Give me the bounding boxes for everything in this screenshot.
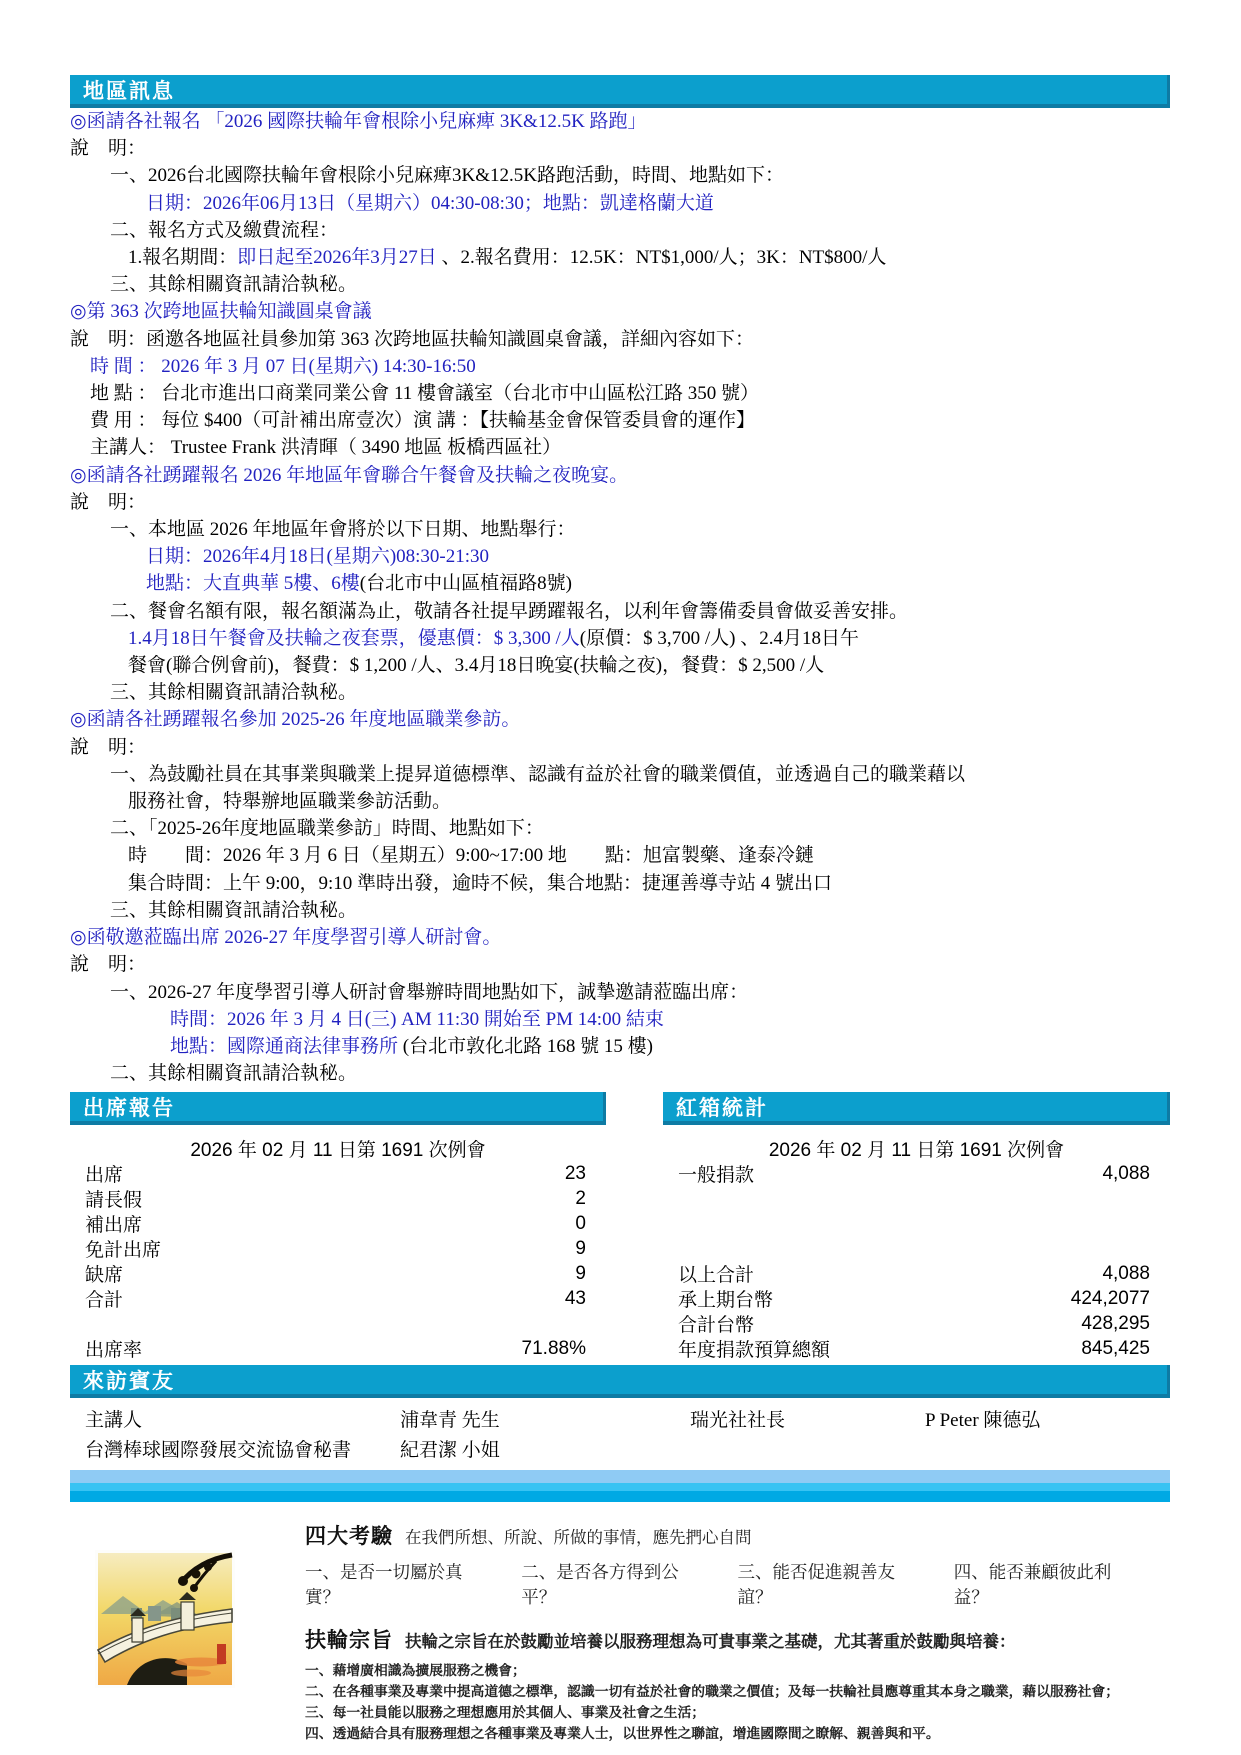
rotary-purpose-heading: 扶輪宗旨 扶輪之宗旨在於鼓勵並培養以服務理想為可貴事業之基礎，尤其著重於鼓勵與培… bbox=[305, 1624, 1170, 1654]
red-box-label: 以上合計 bbox=[678, 1260, 754, 1287]
news-line: 地點：大直典華 5樓、6樓(台北市中山區植福路8號) bbox=[70, 570, 1170, 597]
news-line: 說 明： bbox=[70, 135, 1170, 162]
bridge-painting-image bbox=[95, 1550, 235, 1688]
attendance-row: 免計出席9 bbox=[70, 1236, 606, 1261]
red-box-value: 424,2077 bbox=[1071, 1288, 1150, 1310]
news-line: 一、2026-27 年度學習引導人研討會舉辦時間地點如下，誠摯邀請蒞臨出席： bbox=[70, 979, 1170, 1006]
news-text-segment: 二、餐會名額有限，報名額滿為止，敬請各社提早踴躍報名，以利年會籌備委員會做妥善安… bbox=[110, 601, 908, 622]
news-line: 三、其餘相關資訊請洽執秘。 bbox=[70, 679, 1170, 706]
news-line: 二、「2025-26年度地區職業參訪」時間、地點如下： bbox=[70, 815, 1170, 842]
news-line: 說 明： bbox=[70, 489, 1170, 516]
attendance-row bbox=[70, 1311, 606, 1336]
news-text-segment: 一、本地區 2026 年地區年會將於以下日期、地點舉行： bbox=[110, 519, 576, 540]
news-text-segment: 日期：2026年4月18日(星期六)08:30-21:30 bbox=[146, 546, 489, 567]
attendance-label: 請長假 bbox=[85, 1185, 142, 1212]
guests-header-bar: 來訪賓友 bbox=[70, 1365, 1170, 1398]
news-text-segment: ◎函請各社踴躍報名 2026 年地區年會聯合午餐會及扶輪之夜晚宴。 bbox=[70, 465, 628, 486]
guest-row: 主講人浦韋青 先生瑞光社社長P Peter 陳德弘 bbox=[70, 1403, 1170, 1433]
news-text-segment: 說 明： bbox=[70, 138, 146, 159]
news-line: 三、其餘相關資訊請洽執秘。 bbox=[70, 271, 1170, 298]
district-news-header-bar: 地區訊息 bbox=[70, 75, 1170, 108]
news-text-segment: 三、其餘相關資訊請洽執秘。 bbox=[110, 274, 357, 295]
rotary-purpose-item: 四、透過結合具有服務理想之各種事業及專業人士，以世界性之聯誼，增進國際間之瞭解、… bbox=[305, 1723, 1170, 1744]
news-text-segment: 地點：國際通商法律事務所 bbox=[170, 1036, 403, 1057]
attendance-label: 出席率 bbox=[85, 1335, 142, 1362]
attendance-value: 0 bbox=[575, 1213, 586, 1235]
guest-cell: 紀君潔 小姐 bbox=[400, 1435, 690, 1462]
news-text-segment: (原價：$ 3,700 /人) 、2.4月18日午 bbox=[580, 628, 859, 649]
four-way-test-item: 二、是否各方得到公平？ bbox=[521, 1559, 695, 1609]
four-way-test-intro: 在我們所想、所說、所做的事情，應先捫心自問 bbox=[405, 1524, 752, 1548]
attendance-value: 43 bbox=[565, 1288, 586, 1310]
four-way-test-title: 四大考驗 bbox=[305, 1520, 393, 1550]
footer-text: 四大考驗 在我們所想、所說、所做的事情，應先捫心自問 一、是否一切屬於真實？二、… bbox=[305, 1520, 1170, 1744]
news-text-segment: 三、其餘相關資訊請洽執秘。 bbox=[110, 900, 357, 921]
four-way-test-item: 一、是否一切屬於真實？ bbox=[305, 1559, 479, 1609]
stats-columns: 出席報告 2026 年 02 月 11 日第 1691 次例會 出席23請長假2… bbox=[70, 1092, 1170, 1361]
news-text-segment: 二、「2025-26年度地區職業參訪」時間、地點如下： bbox=[110, 818, 544, 839]
news-line: ◎函請各社踴躍報名參加 2025-26 年度地區職業參訪。 bbox=[70, 706, 1170, 733]
attendance-label: 補出席 bbox=[85, 1210, 142, 1237]
red-box-row: 一般捐款4,088 bbox=[663, 1161, 1170, 1186]
news-text-segment: 地 點 ： 台北市進出口商業同業公會 11 樓會議室（台北市中山區松江路 350… bbox=[90, 383, 759, 404]
news-line: 二、報名方式及繳費流程： bbox=[70, 217, 1170, 244]
news-text-segment: 費 用 ： 每位 $400（可計補出席壹次）演 講 ：【扶輪基金會保管委員會的運… bbox=[90, 410, 755, 431]
news-line: 地點：國際通商法律事務所 (台北市敦化北路 168 號 15 樓) bbox=[70, 1033, 1170, 1060]
news-line: 時 間：2026 年 3 月 6 日（星期五）9:00~17:00 地 點：旭富… bbox=[70, 842, 1170, 869]
news-text-segment: 時 間：2026 年 3 月 6 日（星期五）9:00~17:00 地 點：旭富… bbox=[128, 845, 814, 866]
red-box-row bbox=[663, 1186, 1170, 1211]
four-way-test-item: 四、能否兼顧彼此利益？ bbox=[954, 1559, 1128, 1609]
attendance-value: 2 bbox=[575, 1188, 586, 1210]
news-line: 1.4月18日午餐會及扶輪之夜套票，優惠價：$ 3,300 /人(原價：$ 3,… bbox=[70, 625, 1170, 652]
attendance-value: 9 bbox=[575, 1238, 586, 1260]
red-box-value: 428,295 bbox=[1081, 1313, 1150, 1335]
news-line: 費 用 ： 每位 $400（可計補出席壹次）演 講 ：【扶輪基金會保管委員會的運… bbox=[70, 407, 1170, 434]
red-box-value: 4,088 bbox=[1102, 1163, 1150, 1185]
news-text-segment: 1.報名期間： bbox=[128, 247, 237, 268]
red-box-row: 合計台幣428,295 bbox=[663, 1311, 1170, 1336]
four-way-test-items: 一、是否一切屬於真實？二、是否各方得到公平？三、能否促進親善友誼？四、能否兼顧彼… bbox=[305, 1559, 1170, 1609]
four-way-test-heading: 四大考驗 在我們所想、所說、所做的事情，應先捫心自問 bbox=[305, 1520, 1170, 1550]
news-line: 地 點 ： 台北市進出口商業同業公會 11 樓會議室（台北市中山區松江路 350… bbox=[70, 380, 1170, 407]
news-line: ◎第 363 次跨地區扶輪知識圓桌會議 bbox=[70, 298, 1170, 325]
guest-cell: P Peter 陳德弘 bbox=[925, 1405, 1170, 1432]
guests-table: 主講人浦韋青 先生瑞光社社長P Peter 陳德弘台灣棒球國際發展交流協會秘書紀… bbox=[70, 1403, 1170, 1463]
news-text-segment: 即日起至2026年3月27日 bbox=[237, 247, 437, 268]
guest-cell: 瑞光社社長 bbox=[690, 1405, 925, 1432]
news-line: 一、為鼓勵社員在其事業與職業上提昇道德標準、認識有益於社會的職業價值，並透過自己… bbox=[70, 761, 1170, 788]
news-line: 二、餐會名額有限，報名額滿為止，敬請各社提早踴躍報名，以利年會籌備委員會做妥善安… bbox=[70, 598, 1170, 625]
red-box-header-bar: 紅箱統計 bbox=[663, 1092, 1170, 1125]
rotary-purpose-item: 二、在各種事業及專業中提高道德之標準，認識一切有益於社會的職業之價值；及每一扶輪… bbox=[305, 1681, 1170, 1702]
news-line: 餐會(聯合例會前)，餐費：$ 1,200 /人、3.4月18日晚宴(扶輪之夜)，… bbox=[70, 652, 1170, 679]
news-text-segment: 二、報名方式及繳費流程： bbox=[110, 220, 338, 241]
news-text-segment: 三、其餘相關資訊請洽執秘。 bbox=[110, 682, 357, 703]
attendance-table: 出席23請長假2補出席0免計出席9缺席9合計43出席率71.88% bbox=[70, 1161, 606, 1361]
attendance-section: 出席報告 2026 年 02 月 11 日第 1691 次例會 出席23請長假2… bbox=[70, 1092, 606, 1361]
news-line: 日期：2026年4月18日(星期六)08:30-21:30 bbox=[70, 543, 1170, 570]
district-news-header-label: 地區訊息 bbox=[70, 75, 175, 105]
guest-cell: 主講人 bbox=[85, 1405, 400, 1432]
news-text-segment: 時間：2026 年 3 月 4 日(三) AM 11:30 開始至 PM 14:… bbox=[170, 1009, 664, 1030]
news-text-segment: 說 明：函邀各地區社員參加第 363 次跨地區扶輪知識圓桌會議，詳細內容如下： bbox=[70, 329, 754, 350]
news-text-segment: 集合時間：上午 9:00，9:10 準時出發，逾時不候，集合地點：捷運善導寺站 … bbox=[128, 873, 832, 894]
news-text-segment: 一、為鼓勵社員在其事業與職業上提昇道德標準、認識有益於社會的職業價值，並透過自己… bbox=[110, 764, 965, 785]
attendance-label: 出席 bbox=[85, 1160, 123, 1187]
news-text-segment: 說 明： bbox=[70, 492, 146, 513]
news-line: 時間：2026 年 3 月 4 日(三) AM 11:30 開始至 PM 14:… bbox=[70, 1006, 1170, 1033]
red-box-row bbox=[663, 1236, 1170, 1261]
guest-row: 台灣棒球國際發展交流協會秘書紀君潔 小姐 bbox=[70, 1433, 1170, 1463]
red-box-label: 一般捐款 bbox=[678, 1160, 754, 1187]
rotary-purpose-item: 三、每一社員能以服務之理想應用於其個人、事業及社會之生活； bbox=[305, 1702, 1170, 1723]
red-box-row: 以上合計4,088 bbox=[663, 1261, 1170, 1286]
news-text-segment: 二、其餘相關資訊請洽執秘。 bbox=[110, 1063, 357, 1084]
news-text-segment: 日期：2026年06月13日（星期六）04:30-08:30；地點：凱達格蘭大道 bbox=[146, 193, 714, 214]
red-box-header-label: 紅箱統計 bbox=[663, 1092, 768, 1122]
red-box-value: 845,425 bbox=[1081, 1338, 1150, 1360]
guest-cell: 台灣棒球國際發展交流協會秘書 bbox=[85, 1435, 400, 1462]
red-box-row bbox=[663, 1211, 1170, 1236]
news-line: 二、其餘相關資訊請洽執秘。 bbox=[70, 1060, 1170, 1087]
news-line: 三、其餘相關資訊請洽執秘。 bbox=[70, 897, 1170, 924]
red-box-label: 承上期台幣 bbox=[678, 1285, 773, 1312]
news-text-segment: 一、2026台北國際扶輪年會根除小兒麻痺3K&12.5K路跑活動，時間、地點如下… bbox=[110, 165, 784, 186]
news-line: 說 明：函邀各地區社員參加第 363 次跨地區扶輪知識圓桌會議，詳細內容如下： bbox=[70, 326, 1170, 353]
news-line: 主講人： Trustee Frank 洪清暉（ 3490 地區 板橋西區社） bbox=[70, 434, 1170, 461]
attendance-value: 23 bbox=[565, 1163, 586, 1185]
red-box-label: 合計台幣 bbox=[678, 1310, 754, 1337]
news-line: 說 明： bbox=[70, 734, 1170, 761]
rotary-purpose-items: 一、藉增廣相識為擴展服務之機會；二、在各種事業及專業中提高道德之標準，認識一切有… bbox=[305, 1660, 1170, 1744]
red-box-row: 年度捐款預算總額845,425 bbox=[663, 1336, 1170, 1361]
news-text-segment: 服務社會，特舉辦地區職業參訪活動。 bbox=[128, 791, 451, 812]
footer-block: 四大考驗 在我們所想、所說、所做的事情，應先捫心自問 一、是否一切屬於真實？二、… bbox=[70, 1520, 1170, 1730]
news-text-segment: 1.4月18日午餐會及扶輪之夜套票，優惠價：$ 3,300 /人 bbox=[128, 628, 580, 649]
red-box-meeting-title: 2026 年 02 月 11 日第 1691 次例會 bbox=[663, 1135, 1170, 1161]
attendance-row: 補出席0 bbox=[70, 1211, 606, 1236]
attendance-row: 請長假2 bbox=[70, 1186, 606, 1211]
news-text-segment: ◎函敬邀蒞臨出席 2026-27 年度學習引導人研討會。 bbox=[70, 927, 501, 948]
attendance-meeting-title: 2026 年 02 月 11 日第 1691 次例會 bbox=[70, 1135, 606, 1161]
news-line: 集合時間：上午 9:00，9:10 準時出發，逾時不候，集合地點：捷運善導寺站 … bbox=[70, 870, 1170, 897]
news-line: 日期：2026年06月13日（星期六）04:30-08:30；地點：凱達格蘭大道 bbox=[70, 190, 1170, 217]
red-box-label: 年度捐款預算總額 bbox=[678, 1335, 830, 1362]
news-text-segment: 一、2026-27 年度學習引導人研討會舉辦時間地點如下，誠摯邀請蒞臨出席： bbox=[110, 982, 748, 1003]
attendance-label: 缺席 bbox=[85, 1260, 123, 1287]
news-text-segment: (台北市中山區植福路8號) bbox=[360, 573, 572, 594]
news-text-segment: ◎第 363 次跨地區扶輪知識圓桌會議 bbox=[70, 301, 372, 322]
news-line: 時 間 ： 2026 年 3 月 07 日(星期六) 14:30-16:50 bbox=[70, 353, 1170, 380]
red-box-row: 承上期台幣424,2077 bbox=[663, 1286, 1170, 1311]
news-text-segment: 時 間 ： 2026 年 3 月 07 日(星期六) 14:30-16:50 bbox=[90, 356, 476, 377]
news-line: ◎函敬邀蒞臨出席 2026-27 年度學習引導人研討會。 bbox=[70, 924, 1170, 951]
attendance-row: 缺席9 bbox=[70, 1261, 606, 1286]
divider-stripes bbox=[70, 1470, 1170, 1502]
red-box-value: 4,088 bbox=[1102, 1263, 1150, 1285]
guest-cell: 浦韋青 先生 bbox=[400, 1405, 690, 1432]
bulletin-page: 地區訊息 ◎函請各社報名 「2026 國際扶輪年會根除小兒麻痺 3K&12.5K… bbox=[70, 0, 1170, 1755]
news-line: 一、本地區 2026 年地區年會將於以下日期、地點舉行： bbox=[70, 516, 1170, 543]
rotary-purpose-title: 扶輪宗旨 bbox=[305, 1624, 393, 1654]
news-text-segment: ◎函請各社踴躍報名參加 2025-26 年度地區職業參訪。 bbox=[70, 709, 520, 730]
attendance-row: 合計43 bbox=[70, 1286, 606, 1311]
news-text-segment: 、2.報名費用：12.5K：NT$1,000/人；3K：NT$800/人 bbox=[437, 247, 887, 268]
news-text-segment: 餐會(聯合例會前)，餐費：$ 1,200 /人、3.4月18日晚宴(扶輪之夜)，… bbox=[128, 655, 824, 676]
red-box-section: 紅箱統計 2026 年 02 月 11 日第 1691 次例會 一般捐款4,08… bbox=[663, 1092, 1170, 1361]
news-text-segment: ◎函請各社報名 「2026 國際扶輪年會根除小兒麻痺 3K&12.5K 路跑」 bbox=[70, 111, 647, 132]
attendance-value: 71.88% bbox=[522, 1338, 586, 1360]
rotary-purpose-intro: 扶輪之宗旨在於鼓勵並培養以服務理想為可貴事業之基礎，尤其著重於鼓勵與培養： bbox=[405, 1628, 1016, 1652]
attendance-row: 出席23 bbox=[70, 1161, 606, 1186]
four-way-test-item: 三、能否促進親善友誼？ bbox=[738, 1559, 912, 1609]
district-news-body: ◎函請各社報名 「2026 國際扶輪年會根除小兒麻痺 3K&12.5K 路跑」說… bbox=[70, 108, 1170, 1087]
attendance-value: 9 bbox=[575, 1263, 586, 1285]
news-text-segment: 說 明： bbox=[70, 737, 146, 758]
news-line: 服務社會，特舉辦地區職業參訪活動。 bbox=[70, 788, 1170, 815]
rotary-purpose-item: 一、藉增廣相識為擴展服務之機會； bbox=[305, 1660, 1170, 1681]
guests-header-label: 來訪賓友 bbox=[70, 1365, 175, 1395]
news-text-segment: 主講人： Trustee Frank 洪清暉（ 3490 地區 板橋西區社） bbox=[90, 437, 561, 458]
news-text-segment: 說 明： bbox=[70, 954, 146, 975]
news-line: 1.報名期間：即日起至2026年3月27日 、2.報名費用：12.5K：NT$1… bbox=[70, 244, 1170, 271]
news-line: 說 明： bbox=[70, 951, 1170, 978]
news-line: ◎函請各社報名 「2026 國際扶輪年會根除小兒麻痺 3K&12.5K 路跑」 bbox=[70, 108, 1170, 135]
red-box-table: 一般捐款4,088以上合計4,088承上期台幣424,2077合計台幣428,2… bbox=[663, 1161, 1170, 1361]
news-text-segment: 地點：大直典華 5樓、6樓 bbox=[146, 573, 360, 594]
attendance-row: 出席率71.88% bbox=[70, 1336, 606, 1361]
attendance-header-bar: 出席報告 bbox=[70, 1092, 606, 1125]
news-line: ◎函請各社踴躍報名 2026 年地區年會聯合午餐會及扶輪之夜晚宴。 bbox=[70, 462, 1170, 489]
attendance-label: 免計出席 bbox=[85, 1235, 161, 1262]
news-text-segment: (台北市敦化北路 168 號 15 樓) bbox=[403, 1036, 653, 1057]
attendance-label: 合計 bbox=[85, 1285, 123, 1312]
attendance-header-label: 出席報告 bbox=[70, 1092, 175, 1122]
news-line: 一、2026台北國際扶輪年會根除小兒麻痺3K&12.5K路跑活動，時間、地點如下… bbox=[70, 162, 1170, 189]
